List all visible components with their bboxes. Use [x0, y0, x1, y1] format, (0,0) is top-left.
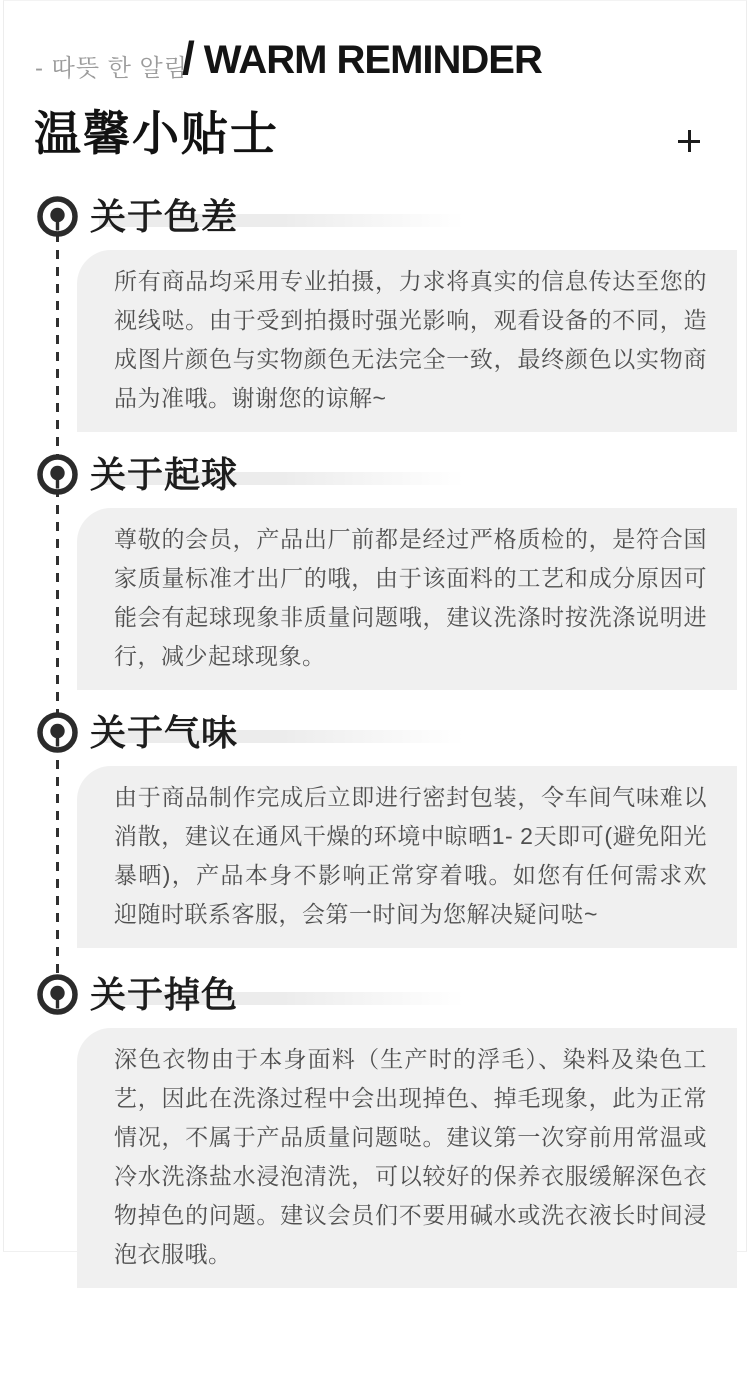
target-pin-icon: [37, 454, 78, 495]
section-body: 尊敬的会员，产品出厂前都是经过严格质检的，是符合国家质量标准才出厂的哦，由于该面…: [77, 508, 737, 690]
reminder-card: - 따뜻 한 알림 / WARM REMINDER 温馨小贴士 关于色差 所有商…: [3, 0, 747, 1252]
target-pin-icon: [37, 196, 78, 237]
korean-subtitle: - 따뜻 한 알림: [35, 48, 188, 83]
slash-divider: /: [182, 35, 195, 81]
page-title-en: WARM REMINDER: [204, 35, 542, 85]
section-body: 所有商品均采用专业拍摄，力求将真实的信息传达至您的视线哒。由于受到拍摄时强光影响…: [77, 250, 737, 432]
target-pin-icon: [37, 974, 78, 1015]
dashed-connector-line: [56, 216, 59, 994]
section-title: 关于起球: [90, 454, 238, 495]
target-pin-icon: [37, 712, 78, 753]
section-title: 关于掉色: [90, 974, 238, 1015]
english-header: / WARM REMINDER: [182, 35, 542, 85]
section-title: 关于色差: [90, 196, 238, 237]
section-body: 深色衣物由于本身面料（生产时的浮毛）、染料及染色工艺，因此在洗涤过程中会出现掉色…: [77, 1028, 737, 1288]
section-title: 关于气味: [90, 712, 238, 753]
section-body: 由于商品制作完成后立即进行密封包装，令车间气味难以消散，建议在通风干燥的环境中晾…: [77, 766, 737, 948]
plus-icon[interactable]: [678, 130, 700, 152]
page-title-cn: 温馨小贴士: [34, 97, 279, 164]
